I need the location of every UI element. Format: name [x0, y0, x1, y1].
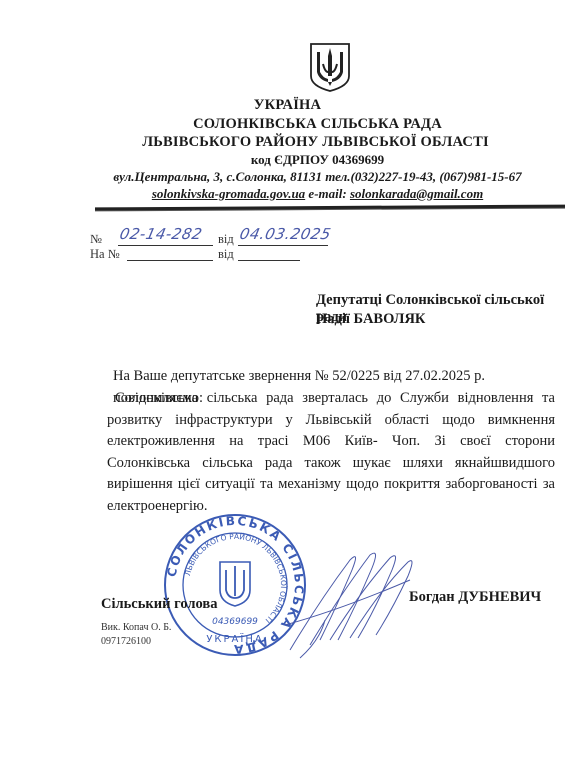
outgoing-date-value: 04.03.2025	[238, 225, 333, 243]
svg-text:04369699: 04369699	[212, 617, 258, 627]
outgoing-date-line	[238, 245, 328, 246]
coat-of-arms-trident-icon	[309, 42, 351, 92]
outgoing-number-label: №	[90, 232, 102, 247]
email-link[interactable]: solonkarada@gmail.com	[350, 186, 483, 201]
signer-name: Богдан ДУБНЕВИЧ	[409, 589, 541, 606]
addressee-name: Надії БАВОЛЯК	[316, 311, 425, 328]
website-link[interactable]: solonkivska-gromada.gov.ua	[152, 186, 305, 201]
outgoing-number-value: 02-14-282	[118, 225, 204, 243]
edrpou-code: код ЄДРПОУ 04369699	[30, 152, 575, 168]
council-name: СОЛОНКІВСЬКА СІЛЬСЬКА РАДА	[30, 116, 575, 133]
executor-name: Вик. Копач О. Б.	[101, 621, 171, 635]
signer-position: Сільський голова	[101, 596, 217, 613]
reply-date-label: від	[218, 247, 234, 262]
svg-text:УКРАЇНА: УКРАЇНА	[206, 632, 263, 645]
handwritten-signature	[280, 540, 420, 660]
reply-date-line	[238, 260, 300, 261]
reply-number-line	[127, 260, 213, 261]
country-title: УКРАЇНА	[0, 97, 575, 114]
contact-line: solonkivska-gromada.gov.ua e-mail: solon…	[30, 186, 575, 202]
outgoing-number-line	[118, 245, 213, 246]
reply-number-label: На №	[90, 247, 120, 262]
council-district: ЛЬВІВСЬКОГО РАЙОНУ ЛЬВІВСЬКОЇ ОБЛАСТІ	[28, 134, 575, 151]
body-paragraph: Солонківська сільська рада зверталась до…	[107, 388, 555, 517]
outgoing-date-label: від	[218, 232, 234, 247]
header-divider	[95, 205, 565, 211]
email-label: e-mail:	[305, 186, 350, 201]
executor-phone: 0971726100	[101, 635, 151, 649]
council-address: вул.Центральна, 3, с.Солонка, 81131 тел.…	[30, 169, 575, 185]
